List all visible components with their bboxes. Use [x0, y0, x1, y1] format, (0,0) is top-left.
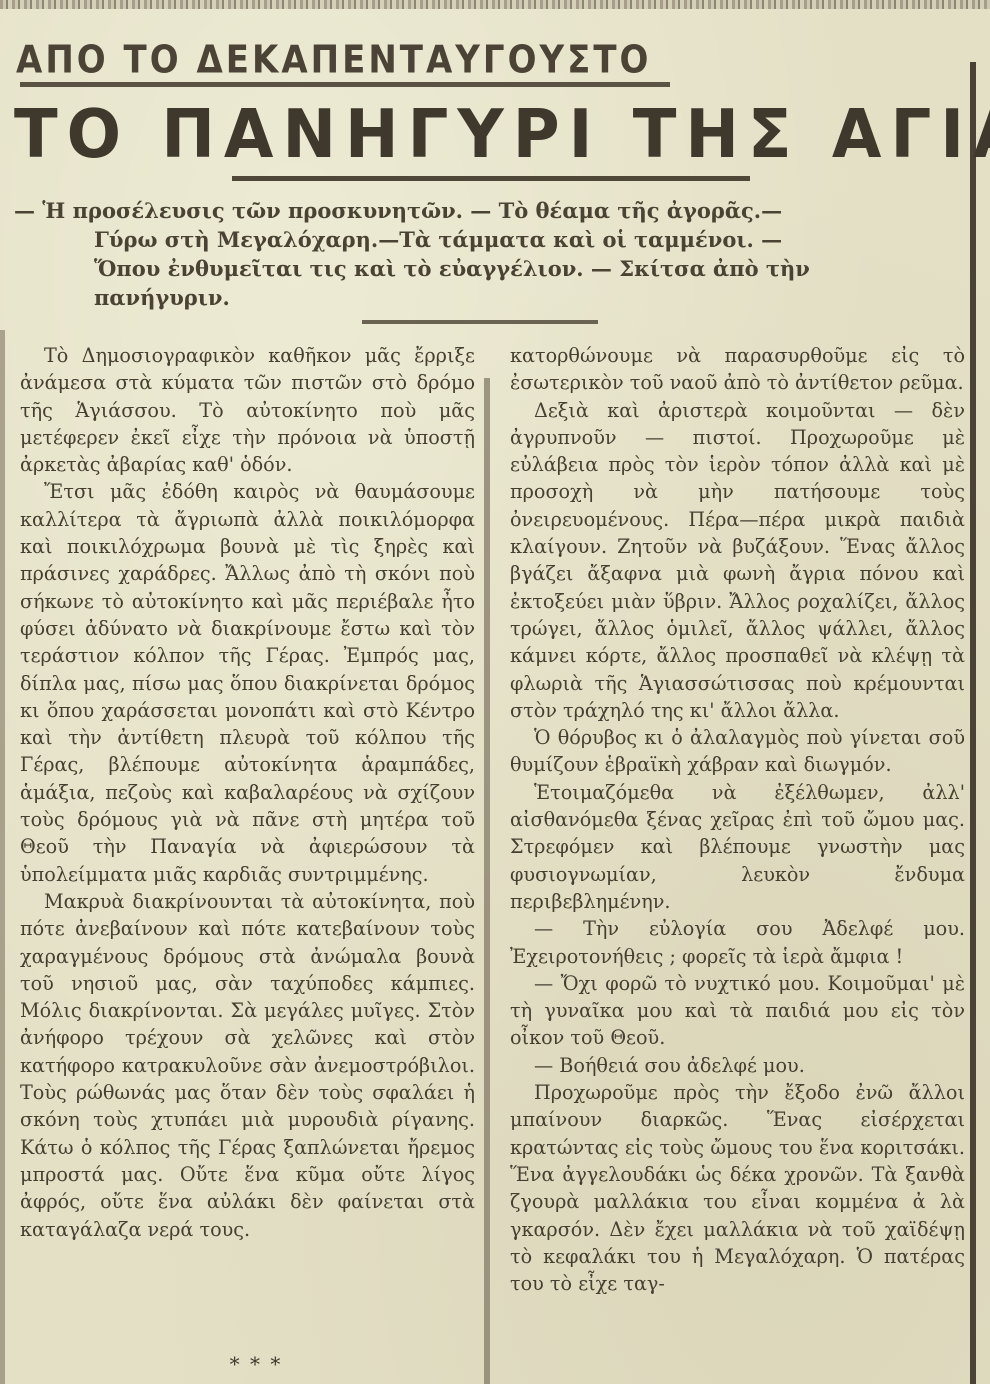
subhead-line: πανήγυριν. [14, 283, 964, 312]
right-page-rule [970, 62, 976, 1384]
article-headline: ΤΟ ΠΑΝΗΓΥΡΙ ΤΗΣ ΑΓΙΑΣΣΟΥ [14, 96, 964, 174]
dialogue-line: — Βοήθειά σου ἀδελφέ μου. [510, 1052, 965, 1079]
torn-top-edge [0, 0, 990, 9]
article-subheads: — Ἡ προσέλευσις τῶν προσκυνητῶν. — Τὸ θέ… [14, 196, 964, 312]
left-text-column: Τὸ Δημοσιογραφικὸν καθῆκον μᾶς ἔρριξε ἀν… [20, 342, 475, 1243]
subhead-line: Ὅπου ἐνθυμεῖται τις καὶ τὸ εὐαγγέλιον. —… [14, 254, 964, 283]
asterism-section-break: * * * [226, 1352, 286, 1376]
paragraph: Ὁ θόρυβος κι ὁ ἀλαλαγμὸς ποὺ γίνεται σοῦ… [510, 724, 965, 779]
subhead-line: Γύρω στὴ Μεγαλόχαρη.—Τὰ τάμματα καὶ οἱ τ… [14, 225, 964, 254]
column-divider [484, 378, 490, 1384]
paragraph: Τὸ Δημοσιογραφικὸν καθῆκον μᾶς ἔρριξε ἀν… [20, 342, 475, 478]
section-separator-rule [362, 320, 598, 324]
paragraph: Δεξιὰ καὶ ἀριστερὰ κοιμοῦνται — δὲν ἀγρυ… [510, 397, 965, 725]
article-kicker: ΑΠΟ ΤΟ ΔΕΚΑΠΕΝΤΑΥΓΟΥΣΤΟ [16, 38, 651, 83]
paragraph: Προχωροῦμε πρὸς τὴν ἔξοδο ἐνῶ ἄλλοι μπαί… [510, 1079, 965, 1297]
kicker-underline [20, 82, 670, 87]
left-column-border [0, 330, 5, 1384]
subhead-line: — Ἡ προσέλευσις τῶν προσκυνητῶν. — Τὸ θέ… [14, 196, 964, 225]
headline-underline [232, 176, 750, 181]
dialogue-line: — Ὄχι φορῶ τὸ νυχτικό μου. Κοιμοῦμαι' μὲ… [510, 970, 965, 1052]
paragraph: Μακρυὰ διακρίνουνται τὰ αὐτοκίνητα, ποὺ … [20, 888, 475, 1243]
newspaper-page: ΑΠΟ ΤΟ ΔΕΚΑΠΕΝΤΑΥΓΟΥΣΤΟ ΤΟ ΠΑΝΗΓΥΡΙ ΤΗΣ … [0, 0, 990, 1384]
paragraph: Ἔτσι μᾶς ἐδόθη καιρὸς νὰ θαυμάσουμε καλλ… [20, 478, 475, 887]
paragraph: Ἑτοιμαζόμεθα νὰ ἐξέλθωμεν, ἀλλ' αἰσθανόμ… [510, 779, 965, 915]
paragraph: κατορθώνουμε νὰ παρασυρθοῦμε εἰς τὸ ἐσωτ… [510, 342, 965, 397]
dialogue-line: — Τὴν εὐλογία σου Ἀδελφέ μου. Ἐχειροτονή… [510, 915, 965, 970]
right-text-column: κατορθώνουμε νὰ παρασυρθοῦμε εἰς τὸ ἐσωτ… [510, 342, 965, 1297]
